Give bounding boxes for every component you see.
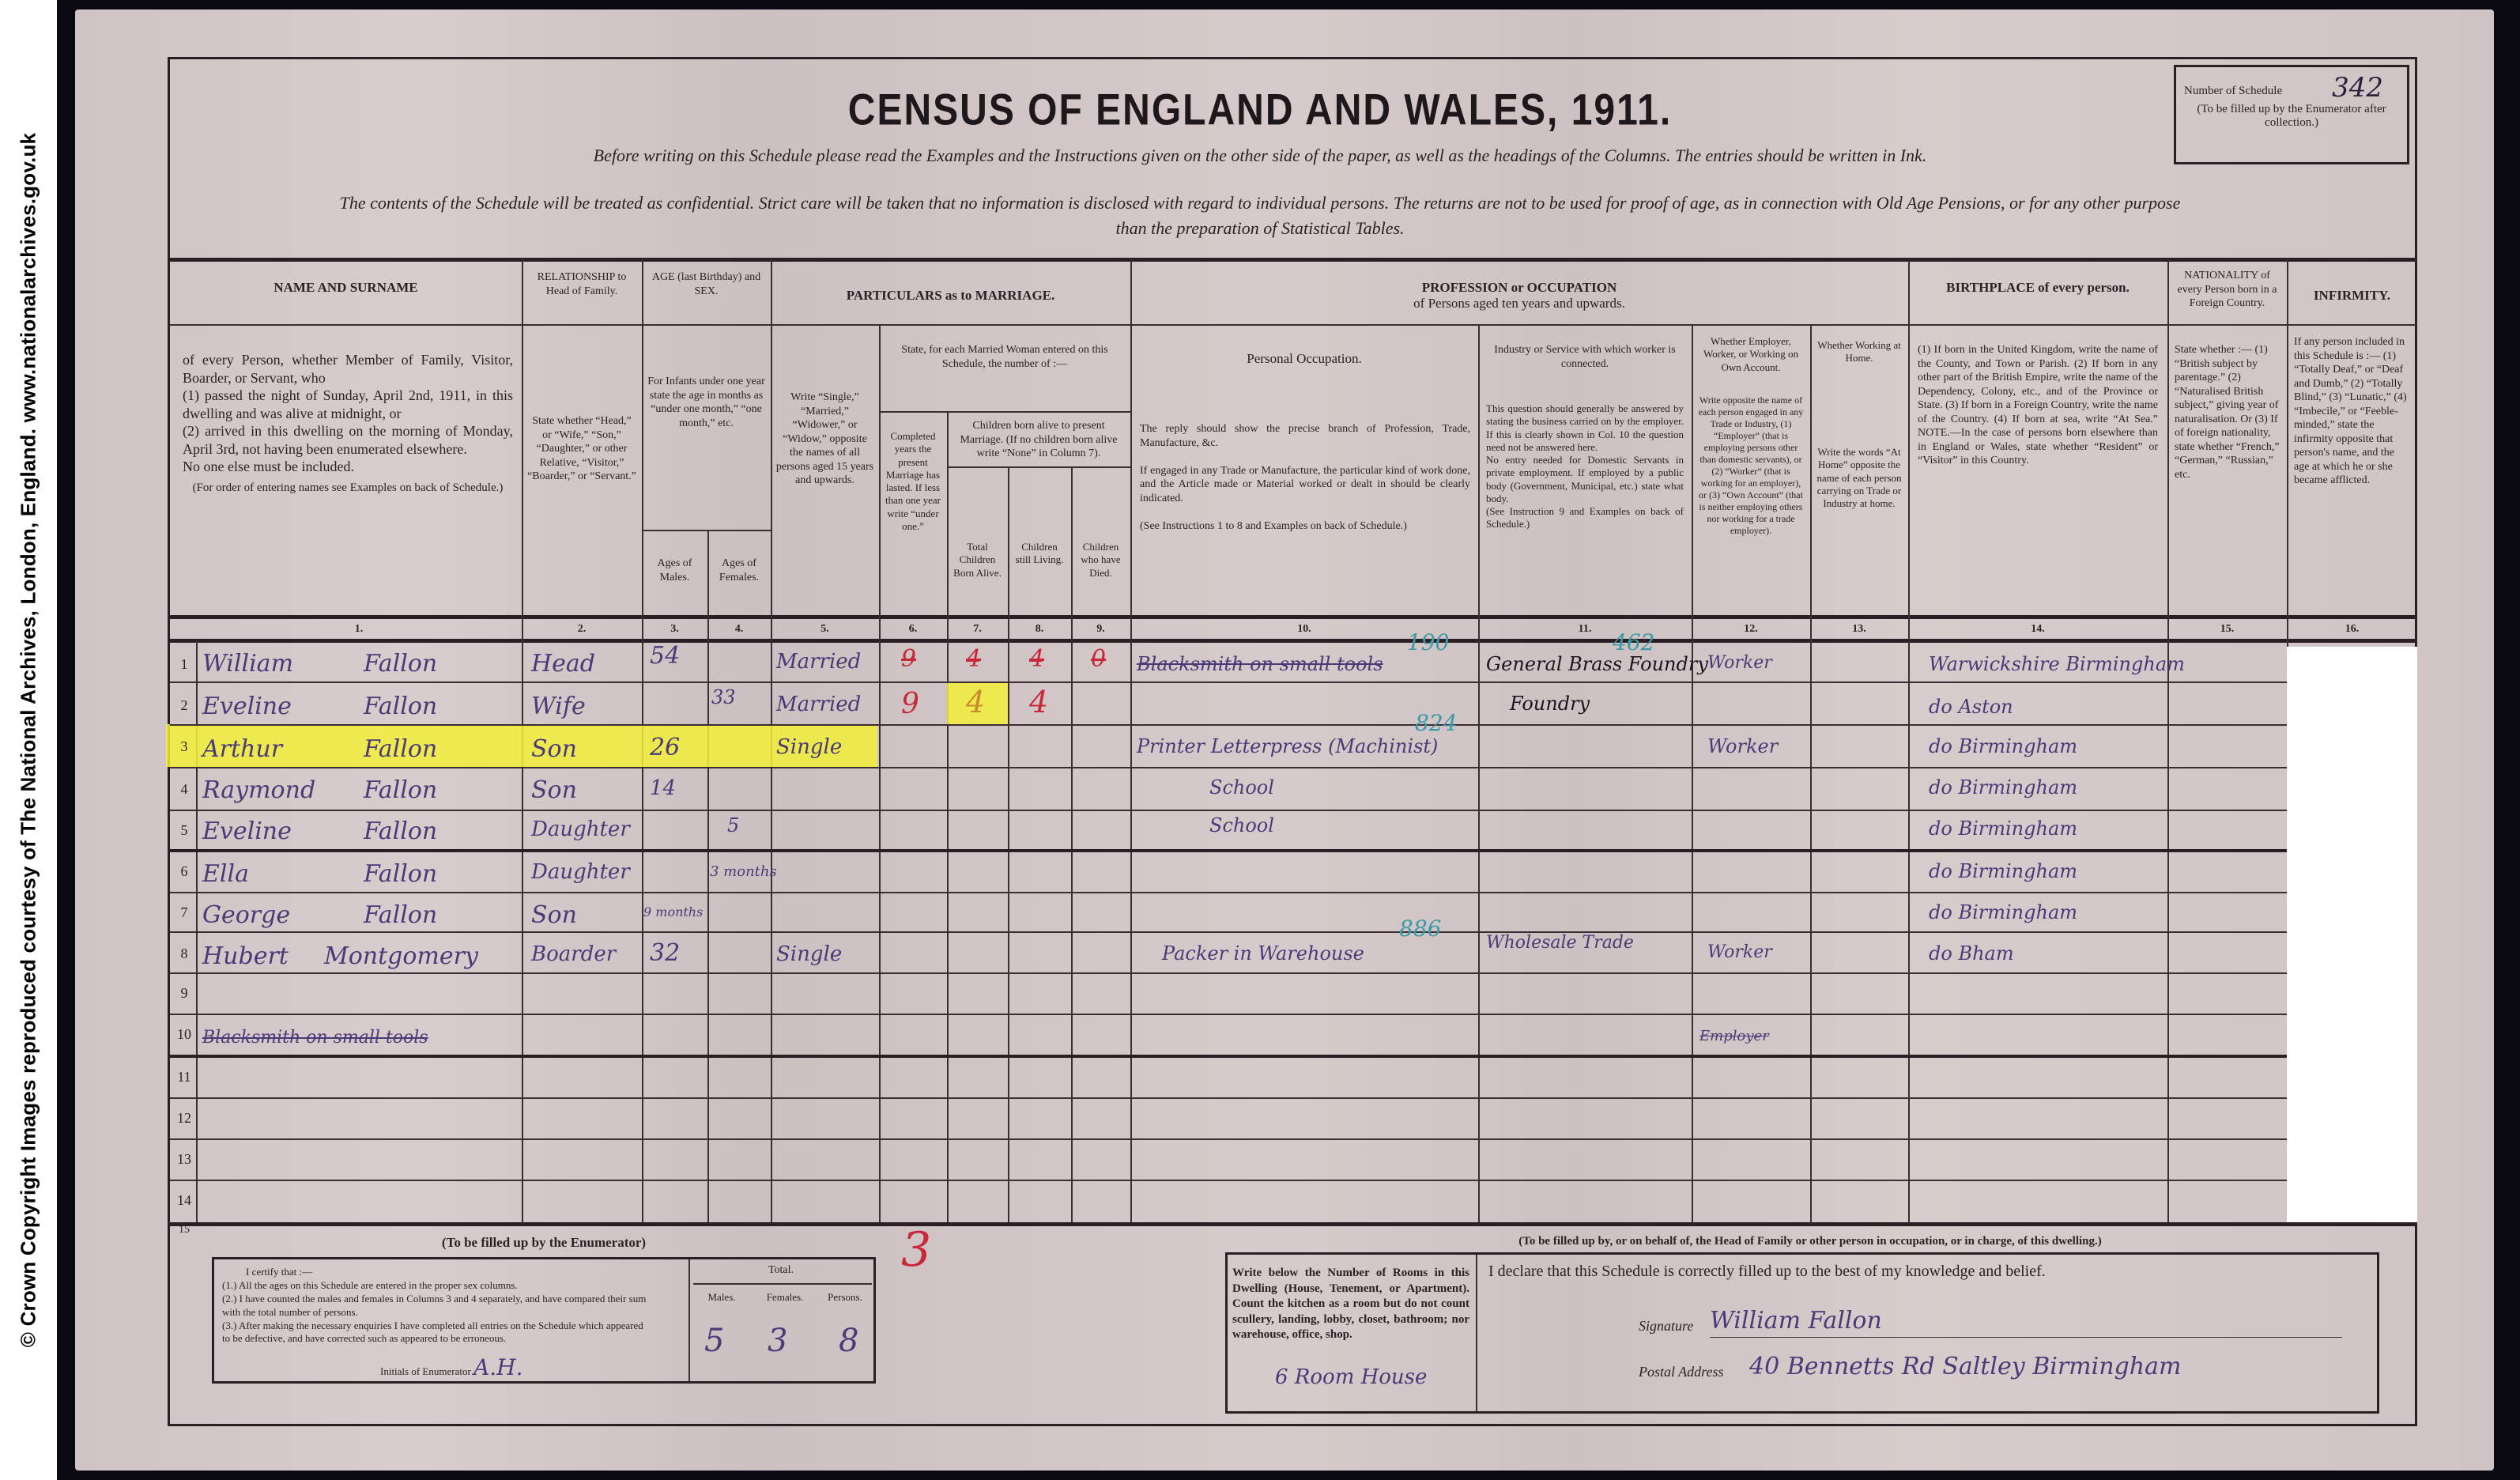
header-nationality-desc: State whether :— (1) “British subject by… xyxy=(2170,340,2284,485)
row-rule xyxy=(170,1055,2417,1058)
cell-relationship: Head xyxy=(531,650,595,678)
cell-age-female: 5 xyxy=(727,814,739,836)
cell-birthplace: Warwickshire Birmingham xyxy=(1929,653,2185,675)
cell-occupation: School xyxy=(1209,814,1274,836)
cell-children-living: 4 xyxy=(1029,645,1044,673)
row-rule xyxy=(170,1180,2417,1181)
persons-label: Persons. xyxy=(815,1291,875,1304)
row-rule xyxy=(170,681,2417,683)
marriage-sub-divider xyxy=(879,411,1130,413)
col-divider xyxy=(1008,466,1009,1224)
cell-industry: General Brass Foundry xyxy=(1486,653,1708,675)
col-divider xyxy=(1130,259,1132,1224)
header-marriage: PARTICULARS as to MARRIAGE. xyxy=(771,285,1130,307)
cell-age-male: 54 xyxy=(650,642,680,670)
cell-age-female: 3 months xyxy=(710,863,777,880)
row-number: 14 xyxy=(172,1192,196,1209)
cell-occupation-code: 190 xyxy=(1407,629,1449,655)
row-rule xyxy=(170,892,2417,893)
cell-surname: Fallon xyxy=(364,735,437,763)
cell-employer: Worker xyxy=(1707,942,1772,962)
page-title: CENSUS OF ENGLAND AND WALES, 1911. xyxy=(0,85,2520,135)
cell-surname: Fallon xyxy=(364,817,437,845)
cell-marriage: Married xyxy=(776,650,861,674)
header-married-woman: State, for each Married Woman entered on… xyxy=(879,340,1130,374)
row-number: 7 xyxy=(172,904,196,921)
cell-years-married: 9 xyxy=(901,688,919,720)
cell-birthplace: do Birmingham xyxy=(1929,817,2077,840)
header-died: Children who have Died. xyxy=(1071,538,1130,583)
header-at-home-desc: Write the words “At Home” opposite the n… xyxy=(1810,443,1908,513)
row-rule xyxy=(170,1014,2417,1015)
cell-surname: Fallon xyxy=(364,693,437,720)
cell-first-name: George xyxy=(202,901,290,929)
col-divider xyxy=(2287,259,2288,647)
total-rule xyxy=(693,1283,872,1285)
row-number: 6 xyxy=(172,863,196,880)
children-sub-divider xyxy=(947,466,1130,468)
colnum-13: 13. xyxy=(1810,623,1908,636)
header-infirmity-desc: If any person included in this Schedule … xyxy=(2289,332,2415,491)
header-nationality: NATIONALITY of every Person born in a Fo… xyxy=(2167,266,2287,314)
enumerator-divider xyxy=(688,1259,690,1381)
header-age-females: Ages of Females. xyxy=(707,553,771,587)
cell-age-male: 9 months xyxy=(643,904,703,919)
cell-birthplace: do Birmingham xyxy=(1929,860,2077,882)
cell-birthplace: do Birmingham xyxy=(1929,776,2077,799)
row-number: 3 xyxy=(172,738,196,755)
cell-relationship: Daughter xyxy=(531,817,630,841)
col-divider xyxy=(1478,324,1480,1224)
header-industry-desc: This question should generally be answer… xyxy=(1481,399,1688,534)
colnum-5: 5. xyxy=(771,623,879,636)
signature-label: Signature xyxy=(1639,1318,1693,1335)
cell-surname: Fallon xyxy=(364,860,437,888)
table-bottom-rule xyxy=(170,1222,2417,1226)
cell-marriage: Single xyxy=(776,735,842,759)
instruction-line: Before writing on this Schedule please r… xyxy=(0,145,2520,166)
row-number: 1 xyxy=(172,656,196,673)
row-number: 9 xyxy=(172,985,196,1002)
table-top-rule xyxy=(170,258,2417,262)
header-relationship: RELATIONSHIP to Head of Family. xyxy=(522,267,642,301)
header-total-born: Total Children Born Alive. xyxy=(947,538,1008,583)
schedule-number-box: 342 Number of Schedule (To be filled up … xyxy=(2174,65,2409,164)
header-employer-desc: Write opposite the name of each person e… xyxy=(1692,391,1810,540)
cell-marriage: Married xyxy=(776,693,861,716)
cell-birthplace: do Bham xyxy=(1929,942,2014,965)
cell-first-name: William xyxy=(202,650,293,678)
enumerator-certify: I certify that :— (1.) All the ages on t… xyxy=(222,1266,649,1383)
header-at-home: Whether Working at Home. xyxy=(1810,336,1908,368)
total-persons: 8 xyxy=(839,1323,858,1359)
header-occupation: PROFESSION or OCCUPATIONof Persons aged … xyxy=(1130,277,1908,315)
confidential-line: The contents of the Schedule will be tre… xyxy=(0,193,2520,213)
redacted-area xyxy=(2287,647,2417,1222)
header-age-desc: For Infants under one year state the age… xyxy=(642,372,771,433)
header-birthplace: BIRTHPLACE of every person. xyxy=(1908,277,2167,299)
enumerator-box: I certify that :— (1.) All the ages on t… xyxy=(212,1257,876,1384)
cell-surname: Fallon xyxy=(364,776,437,804)
colnum-16: 16. xyxy=(2287,623,2417,636)
row-number: 5 xyxy=(172,822,196,839)
colnum-8: 8. xyxy=(1008,623,1071,636)
cell-marriage: Single xyxy=(776,942,842,966)
colnum-9: 9. xyxy=(1071,623,1130,636)
cell-children-total: 4 xyxy=(966,645,981,673)
header-marriage-write: Write “Single,” “Married,” “Widower,” or… xyxy=(771,387,879,491)
row-number: 2 xyxy=(172,697,196,714)
cell-surname: Montgomery xyxy=(324,942,478,970)
cell-occupation: Blacksmith on small tools xyxy=(1137,653,1383,675)
cell-birthplace: do Birmingham xyxy=(1929,901,2077,923)
colnum-2: 2. xyxy=(522,623,642,636)
confidential-line-2: than the preparation of Statistical Tabl… xyxy=(0,218,2520,239)
row-rule xyxy=(170,931,2417,933)
header-divider xyxy=(170,324,2417,326)
header-personal-desc: The reply should show the precise branch… xyxy=(1135,419,1475,536)
cell-children-living: 4 xyxy=(1029,685,1048,719)
row-number: 12 xyxy=(172,1110,196,1127)
occupier-divider xyxy=(1476,1255,1477,1411)
colnum-11: 11. xyxy=(1478,623,1692,636)
header-name: NAME AND SURNAME xyxy=(170,277,522,299)
header-completed-years: Completed years the present Marriage has… xyxy=(879,427,947,536)
cell-first-name: Ella xyxy=(202,860,249,888)
header-age: AGE (last Birthday) and SEX. xyxy=(642,267,771,301)
cell-industry: Wholesale Trade xyxy=(1486,933,1634,953)
header-still-living: Children still Living. xyxy=(1008,538,1071,570)
colnum-4: 4. xyxy=(707,623,771,636)
cell-surname: Fallon xyxy=(364,650,437,678)
cell-first-name: Raymond xyxy=(202,776,315,804)
cell-children-total: 4 xyxy=(966,685,985,719)
cell-relationship: Son xyxy=(531,776,577,804)
cell-occupation-code: 886 xyxy=(1399,916,1441,942)
cell-employer: Worker xyxy=(1707,653,1772,673)
col-divider xyxy=(2167,259,2169,1224)
colnum-15: 15. xyxy=(2167,623,2287,636)
row-number: 11 xyxy=(172,1069,196,1085)
address-label: Postal Address xyxy=(1639,1364,1724,1380)
cell-crossed-note: Blacksmith on small tools xyxy=(202,1028,428,1048)
cell-first-name: Arthur xyxy=(202,735,282,763)
enumerator-initials: A.H. xyxy=(473,1354,522,1380)
cell-birthplace: do Aston xyxy=(1929,696,2013,718)
header-relationship-desc: State whether “Head,” or “Wife,” “Son,” … xyxy=(522,411,642,487)
header-children: Children born alive to present Marriage.… xyxy=(947,416,1130,464)
cell-relationship: Son xyxy=(531,901,577,929)
cell-relationship: Boarder xyxy=(531,942,616,966)
cell-relationship: Wife xyxy=(531,693,586,720)
rooms-instructions: Write below the Number of Rooms in this … xyxy=(1232,1266,1469,1343)
margin-mark: 3 xyxy=(901,1222,931,1278)
header-name-desc: of every Person, whether Member of Famil… xyxy=(178,348,518,498)
cell-occupation-code: 824 xyxy=(1415,710,1457,736)
header-infirmity: INFIRMITY. xyxy=(2287,285,2417,307)
total-males: 5 xyxy=(704,1323,724,1359)
header-personal-occupation: Personal Occupation. xyxy=(1130,348,1478,370)
row-rule xyxy=(170,724,2417,726)
row-rule xyxy=(170,849,2417,852)
row-rule xyxy=(170,1138,2417,1140)
cell-occupation: Packer in Warehouse xyxy=(1162,942,1364,965)
row-number: 10 xyxy=(172,1026,196,1043)
age-sub-divider xyxy=(642,530,771,531)
occupier-box: Write below the Number of Rooms in this … xyxy=(1225,1252,2379,1414)
males-label: Males. xyxy=(692,1291,752,1304)
cell-first-name: Hubert xyxy=(202,942,289,970)
row-number: 13 xyxy=(172,1151,196,1168)
cell-age-female: 33 xyxy=(711,686,736,708)
cell-crossed-employer: Employer xyxy=(1699,1028,1769,1044)
cell-birthplace: do Birmingham xyxy=(1929,735,2077,757)
row-rule xyxy=(170,767,2417,768)
cell-first-name: Eveline xyxy=(202,693,292,720)
total-females: 3 xyxy=(768,1323,787,1359)
colnum-3: 3. xyxy=(642,623,707,636)
cell-age-male: 26 xyxy=(650,734,680,761)
col-divider xyxy=(947,411,949,1224)
cell-age-male: 14 xyxy=(650,776,676,800)
cell-first-name: Eveline xyxy=(202,817,292,845)
cell-age-male: 32 xyxy=(650,939,680,967)
cell-occupation: School xyxy=(1209,776,1274,799)
females-label: Females. xyxy=(755,1291,815,1304)
postal-address: 40 Bennetts Rd Saltley Birmingham xyxy=(1749,1353,2181,1380)
cell-employer: Worker xyxy=(1707,735,1778,757)
occupier-heading: (To be filled up by, or on behalf of, th… xyxy=(1233,1235,2387,1248)
colnum-bottom-rule xyxy=(170,639,2417,643)
credit-text: © Crown Copyright Images reproduced cour… xyxy=(17,133,41,1347)
header-industry: Industry or Service with which worker is… xyxy=(1478,340,1692,374)
header-employer: Whether Employer, Worker, or Working on … xyxy=(1692,332,1810,377)
header-birthplace-desc: (1) If born in the United Kingdom, write… xyxy=(1913,340,2163,471)
colnum-1: 1. xyxy=(196,623,522,636)
cell-surname: Fallon xyxy=(364,901,437,929)
header-age-males: Ages of Males. xyxy=(642,553,707,587)
cell-children-died: 0 xyxy=(1091,645,1106,673)
row-number: 8 xyxy=(172,946,196,962)
colnum-12: 12. xyxy=(1692,623,1810,636)
colnum-14: 14. xyxy=(1908,623,2167,636)
row-rule xyxy=(170,972,2417,974)
cell-relationship: Daughter xyxy=(531,860,630,884)
cell-industry-code: 462 xyxy=(1613,629,1654,655)
row-number: 4 xyxy=(172,781,196,798)
enumerator-heading: (To be filled up by the Enumerator) xyxy=(212,1235,876,1251)
schedule-number-note: (To be filled up by the Enumerator after… xyxy=(2176,103,2407,130)
cell-occupation: Printer Letterpress (Machinist) xyxy=(1137,735,1438,757)
row-number: 15 xyxy=(172,1224,196,1236)
col-divider xyxy=(1908,259,1910,1224)
total-label: Total. xyxy=(688,1264,873,1277)
cell-industry-cont: Foundry xyxy=(1510,693,1590,715)
rooms-value: 6 Room House xyxy=(1275,1365,1427,1389)
row-rule xyxy=(170,1097,2417,1099)
row-rule xyxy=(170,810,2417,811)
signature-line xyxy=(1710,1337,2342,1338)
header-bottom-rule xyxy=(170,615,2417,619)
cell-years-married: 9 xyxy=(901,645,916,673)
signature: William Fallon xyxy=(1710,1307,1882,1335)
cell-relationship: Son xyxy=(531,735,577,763)
declaration-text: I declare that this Schedule is correctl… xyxy=(1488,1263,2046,1281)
colnum-7: 7. xyxy=(947,623,1008,636)
schedule-number: 342 xyxy=(2332,72,2383,104)
colnum-6: 6. xyxy=(879,623,947,636)
